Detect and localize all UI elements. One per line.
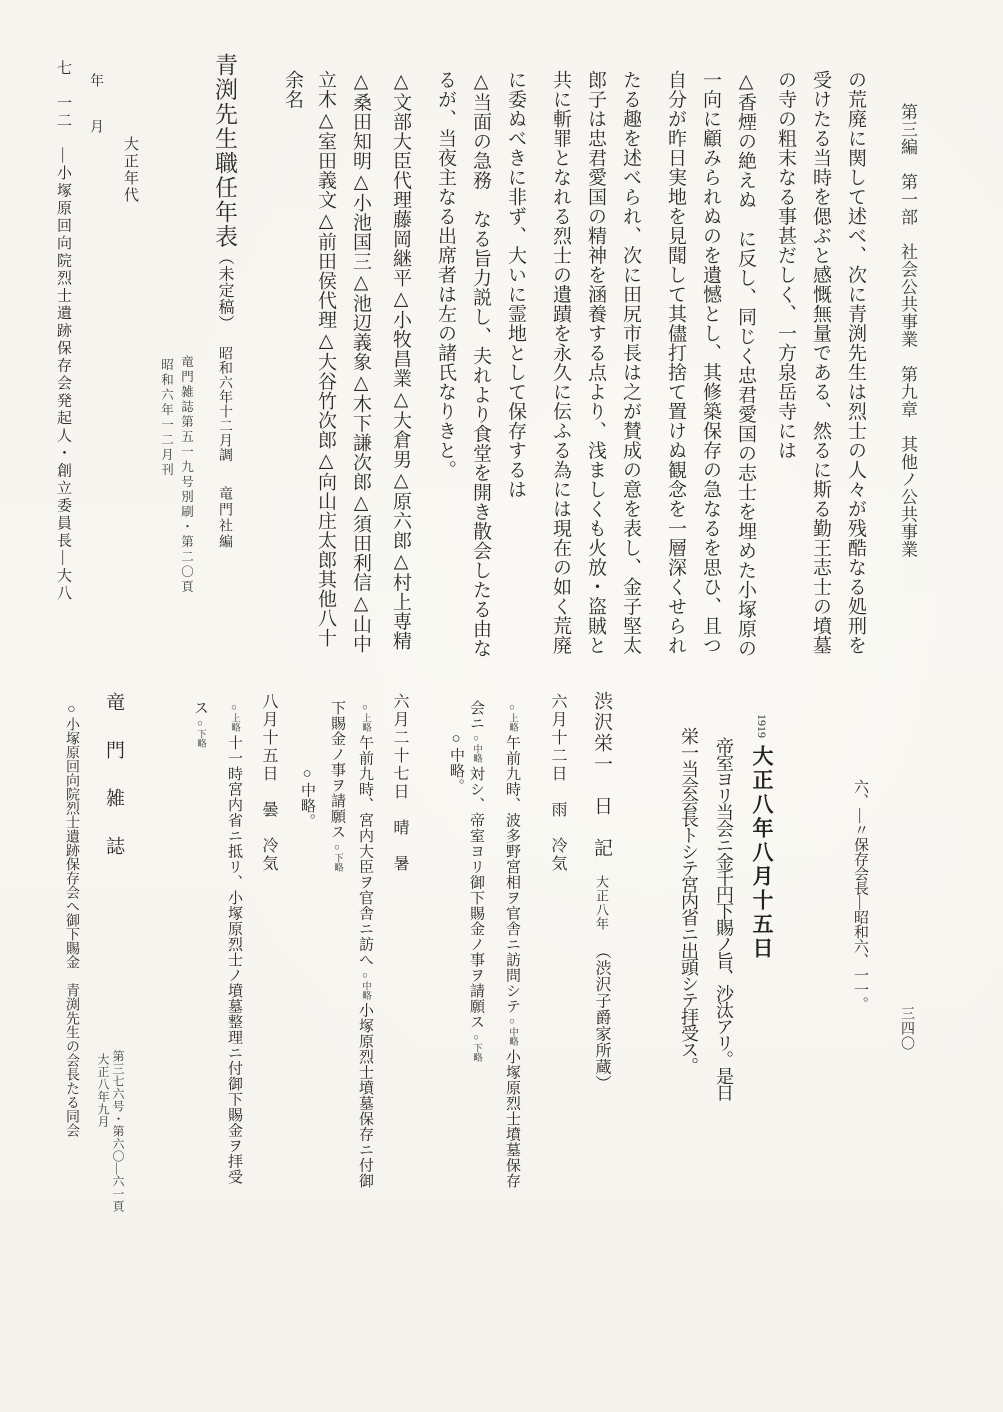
text-column: 自分が昨日実地を見聞して其儘打捨て置けぬ観念を一層深くせられ: [666, 70, 685, 655]
magazine-title: 竜 門 雑 誌: [104, 692, 123, 860]
record-date: 大正八年八月十五日: [750, 745, 774, 961]
attendee-list-column: △桑田知明△小池国三△池辺義象△木下謙次郎△須田利信△山中: [351, 70, 370, 654]
chapter-header: 第三編 第一部 社会公共事業 第九章 其他ノ公共事業: [899, 103, 916, 558]
compiled-date: 昭和六年十二月調: [217, 346, 232, 462]
year-month-labels: 年 月: [88, 73, 102, 142]
diary-line: ○上略午前九時、宮内大臣ヲ官舎ニ訪へ○中略小塚原烈士墳墓保存ニ付御: [357, 700, 372, 1189]
diary-line: ○上略十一時宮内省ニ抵リ、小塚原烈士ノ墳墓整理ニ付御下賜金ヲ拝受: [226, 700, 241, 1185]
record-date-column: 1919大正八年八月十五日: [751, 714, 772, 961]
section-title-column: 青渕先生職任年表（未定稿）昭和六年十二月調竜門社編: [213, 53, 236, 550]
omission-line: ○中略。: [448, 731, 463, 794]
magazine-article-title: ○小塚原回向院烈士遺跡保存会へ御下賜金 青渕先生の会長たる同会: [64, 702, 78, 1137]
text-column: 一向に顧みられぬのを遺憾とし、其修築保存の急なるを思ひ、且つ: [701, 70, 720, 655]
diary-text: 十一時宮内省ニ抵リ、小塚原烈士ノ墳墓整理ニ付御下賜金ヲ拝受: [226, 735, 242, 1185]
chronology-entry: 七 一二 ―小塚原回向院烈士遺跡保存会発起人・創立委員長―大八: [55, 60, 70, 603]
text-column: 郎子は忠君愛国の精神を涵養する点より、浅ましくも火放・盗賊と: [586, 70, 605, 655]
text-column: の荒廃に関して述べ、次に青渕先生は烈士の人々が残酷なる処刑を: [846, 70, 865, 655]
diary-line: ○上略午前九時、波多野宮相ヲ官舎ニ訪問シテ○中略小塚原烈士墳墓保存: [504, 700, 519, 1189]
source-note: 竜門雑誌第五一九号別刷・第二〇頁: [180, 355, 193, 595]
attendee-list-column: △文部大臣代理藤岡継平△小牧昌業△大倉男△原六郎△村上専精: [391, 70, 410, 651]
diary-line: 下賜金ノ事ヲ請願ス○下略: [329, 700, 344, 875]
attendee-list-column: 余名: [283, 70, 302, 109]
omission-mark: ○下略: [471, 1033, 481, 1062]
draft-note: （未定稿）: [216, 249, 233, 332]
diary-text: ス: [192, 700, 208, 716]
diary-source-column: 渋沢栄一 日 記大正八年（渋沢子爵家所蔵）: [592, 691, 611, 1092]
diary-text: 午前九時、波多野宮相ヲ官舎ニ訪問シテ: [504, 735, 520, 1014]
diary-year: 大正八年: [594, 875, 609, 931]
text-column: たる趣を述べられ、次に田尻市長は之が賛成の意を表し、金子堅太: [621, 70, 640, 655]
editor: 竜門社編: [217, 486, 232, 550]
diary-line: 会ニ○中略対シ、帝室ヨリ御下賜金ノ事ヲ請願ス○下略: [468, 700, 483, 1065]
diary-text: 午前九時、宮内大臣ヲ官舎ニ訪へ: [357, 735, 373, 968]
text-column: に委ぬべきに非ず、大いに霊地として保存するは: [506, 70, 525, 499]
omission-mark: ○下略: [195, 719, 205, 748]
diary-text: 対シ、帝室ヨリ御下賜金ノ事ヲ請願ス: [468, 766, 484, 1030]
omission-mark: ○上略: [360, 703, 370, 732]
diary-entry-date: 六月十二日 雨 冷気: [549, 693, 565, 873]
record-summary-line: 帝室ヨリ当会ニ金千円下賜ノ旨、沙汰アリ。是日: [715, 737, 733, 1100]
omission-mark: ○中略: [471, 734, 481, 763]
source-note: 昭和六年一二月刊: [160, 358, 173, 478]
section-title: 青渕先生職任年表: [212, 53, 237, 249]
era-label: 大正年代: [122, 136, 137, 204]
text-column: るが、当夜主なる出席者は左の諸氏なりきと。: [436, 70, 455, 480]
diary-owner: （渋沢子爵家所蔵）: [593, 943, 610, 1092]
text-column: 共に斬罪となれる烈士の遺蹟を永久に伝ふる為には現在の如く荒廃: [551, 70, 570, 655]
diary-line: ス○下略: [192, 700, 207, 751]
omission-mark: ○上略: [507, 703, 517, 732]
omission-mark: ○中略: [507, 1017, 517, 1046]
record-summary-line: 栄一当会会長トシテ宮内省ニ出頭シテ拝受ス。: [680, 727, 698, 1074]
diary-entry-date: 六月二十七日 晴 暑: [391, 693, 407, 873]
diary-entry-date: 八月十五日 曇 冷気: [260, 693, 276, 873]
omission-mark: ○中略: [360, 971, 370, 1000]
book-page: 第三編 第一部 社会公共事業 第九章 其他ノ公共事業 の荒廃に関して述べ、次に青…: [0, 0, 1003, 1412]
diary-text: 小塚原烈士墳墓保存ニ付御: [357, 1003, 373, 1189]
text-column: △香煙の絶えぬ に反し、同じく忠君愛国の志士を埋めた小塚原の: [736, 70, 755, 658]
omission-line: ○中略。: [299, 766, 314, 829]
text-column: 受けたる当時を偲ぶと感慨無量である、然るに斯る勤王志士の墳墓: [811, 70, 830, 655]
attendee-list-column: 立木△室田義文△前田侯代理△大谷竹次郎△向山庄太郎其他八十: [316, 70, 335, 648]
magazine-date: 大正八年九月: [97, 1053, 109, 1128]
western-year: 1919: [755, 714, 769, 738]
text-column: の寺の粗末なる事甚だしく、一方泉岳寺には: [776, 70, 795, 460]
diary-text: 小塚原烈士墳墓保存: [504, 1049, 520, 1189]
diary-text: 会ニ: [468, 700, 484, 731]
diary-title: 渋沢栄一 日 記: [591, 691, 612, 859]
diary-text: 下賜金ノ事ヲ請願ス: [329, 700, 345, 840]
omission-mark: ○上略: [229, 703, 239, 732]
cross-reference: 六、―〃保存会長―昭和六、一一。: [852, 779, 867, 1011]
page-number: 三四〇: [899, 1006, 913, 1051]
text-column: △当面の急務 なる旨力説し、夫れより食堂を開き散会したる由な: [471, 70, 490, 658]
magazine-issue: 第三七六号・第六〇―六一頁: [112, 1050, 124, 1213]
omission-mark: ○下略: [332, 843, 342, 872]
